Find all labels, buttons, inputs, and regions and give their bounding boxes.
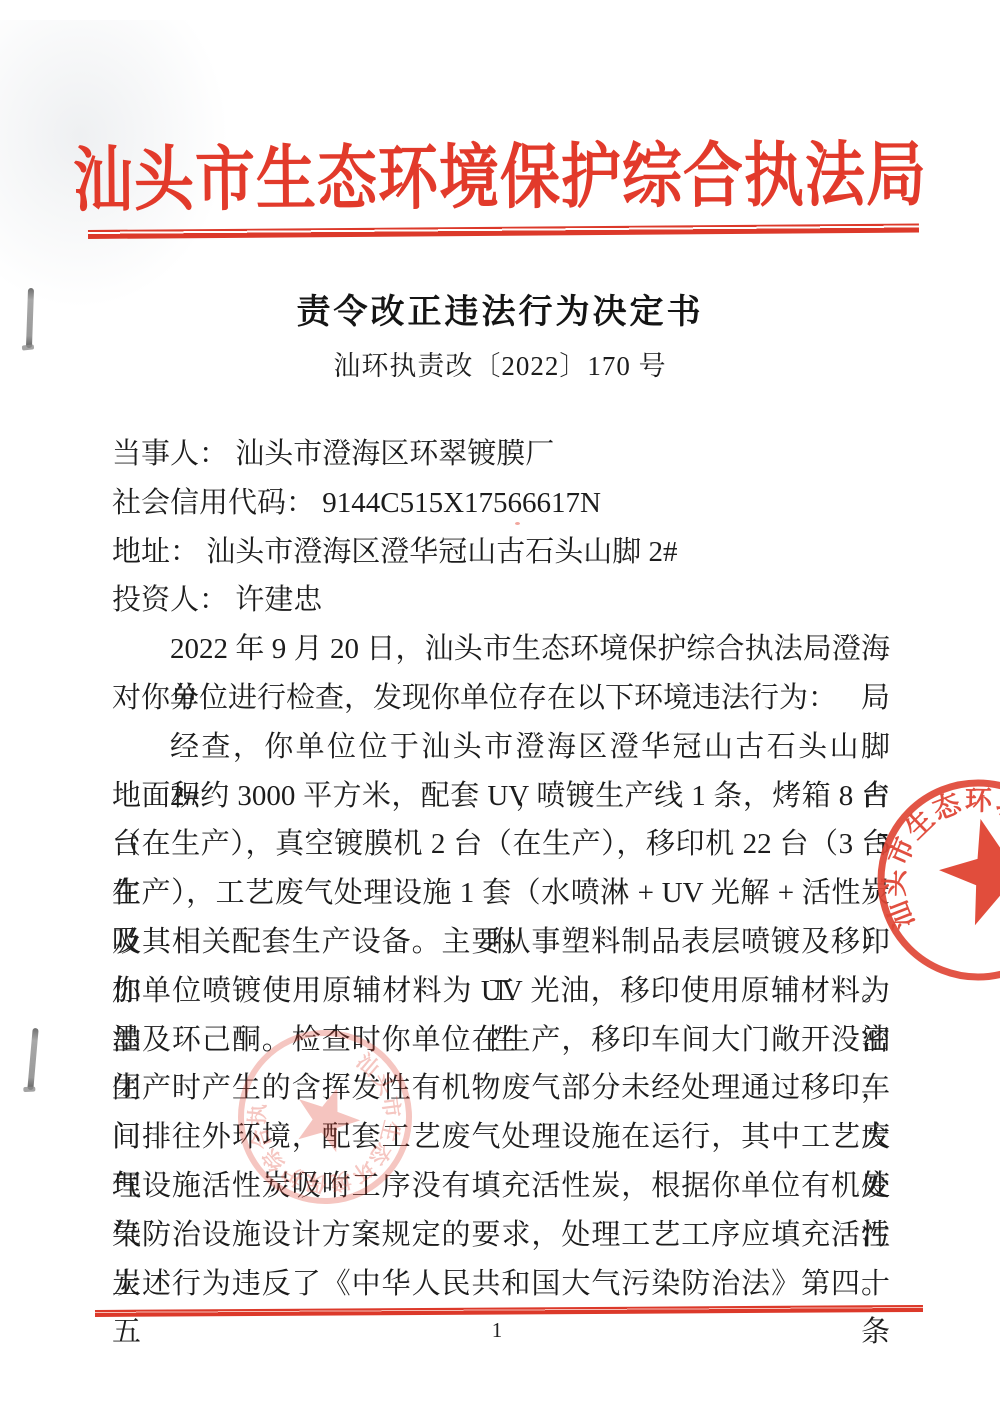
- agency-masthead: 汕头市生态环境保护综合执法局: [0, 125, 1000, 231]
- body-line: 地址： 汕头市澄海区澄华冠山古石头山脚 2#: [112, 528, 890, 577]
- body-line: 上述行为违反了《中华人民共和国大气污染防治法》第四十五条: [112, 1260, 890, 1309]
- body-line: 投资人： 许建忠: [112, 576, 890, 625]
- body-line: 2022 年 9 月 20 日，汕头市生态环境保护综合执法局澄海分局: [112, 625, 890, 674]
- body-line: 经查，你单位位于汕头市澄海区澄华冠山古石头山脚 2#，占: [112, 723, 890, 772]
- body-line: 社会信用代码： 9144C515X17566617N: [112, 479, 890, 528]
- document-title: 责令改正违法行为决定书: [0, 284, 1000, 333]
- document-number: 汕环执责改〔2022〕170 号: [0, 344, 1000, 383]
- body-line: 对你单位进行检查，发现你单位存在以下环境违法行为：: [112, 674, 890, 723]
- body-line: 生产），工艺废气处理设施 1 套（水喷淋 + UV 光解 + 活性炭吸咐）: [112, 869, 890, 918]
- body-line: 你单位喷镀使用原辅材料为 UV 光油，移印使用原辅材料为油性油: [112, 967, 890, 1016]
- body-line: 当事人： 汕头市澄海区环翠镀膜厂: [112, 430, 890, 479]
- body-line: 染防治设施设计方案规定的要求，处理工艺工序应填充活性炭。: [112, 1211, 890, 1260]
- body-line: 墨及环己酮。检查时你单位在生产，移印车间大门敞开没密闭，: [112, 1016, 890, 1065]
- body-line: 及其相关配套生产设备。主要从事塑料制品表层喷镀及移印加工。: [112, 918, 890, 967]
- body-line: 台在生产），真空镀膜机 2 台（在生产），移印机 22 台（3 台在: [112, 820, 890, 869]
- ink-speck: [515, 522, 520, 525]
- body-line: 门排往外环境，配套工艺废气处理设施在运行，其中工艺废气处: [112, 1113, 890, 1162]
- page-number: 1: [0, 1318, 994, 1343]
- staple-mark-bottom: [27, 1028, 38, 1090]
- document-body: 当事人： 汕头市澄海区环翠镀膜厂社会信用代码： 9144C515X1756661…: [112, 430, 890, 1308]
- seal-star: [929, 805, 1000, 930]
- body-line: 地面积约 3000 平方米，配套 UV 喷镀生产线 1 条，烤箱 8 台（5: [112, 772, 890, 821]
- body-line: 理设施活性炭吸咐工序没有填充活性炭，根据你单位有机废气污: [112, 1162, 890, 1211]
- scanned-document-page: 汕头市生态环境保护综合执法局 责令改正违法行为决定书 汕环执责改〔2022〕17…: [0, 0, 1000, 1414]
- body-line: 生产时产生的含挥发性有机物废气部分未经处理通过移印车间大: [112, 1064, 890, 1113]
